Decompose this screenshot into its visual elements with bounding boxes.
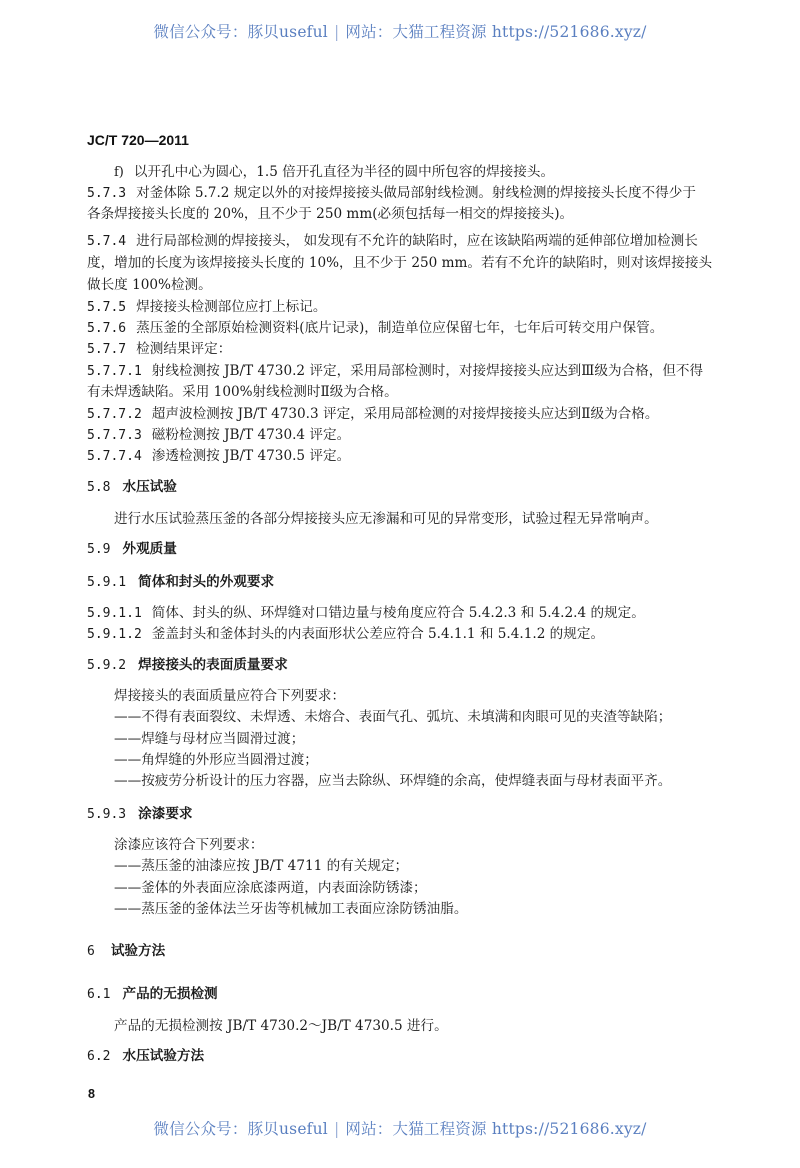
section-number: 5.9.2 [87, 656, 126, 677]
clause-number: 5.7.5 [87, 298, 126, 319]
clause-5-7-7: 5.7.7检测结果评定： [87, 339, 231, 361]
section-title: 产品的无损检测 [122, 986, 217, 1002]
clause-text: 进行局部检测的焊接接头， 如发现有不允许的缺陷时，应在该缺陷两端的延伸部位增加检… [136, 233, 698, 249]
watermark-wechat-text: 微信公众号：豚贝useful [153, 1120, 328, 1138]
watermark-separator: | [334, 1120, 339, 1138]
clause-text: 釜盖封头和釜体封头的内表面形状公差应符合 5.4.1.1 和 5.4.1.2 的… [152, 626, 604, 642]
clause-5-7-6: 5.7.6蒸压釜的全部原始检测资料(底片记录)，制造单位应保留七年，七年后可转交… [87, 318, 663, 340]
section-heading-6-2: 6.2水压试验方法 [87, 1046, 204, 1068]
clause-number: 5.7.7.2 [87, 405, 142, 426]
section-number: 5.9.3 [87, 805, 126, 826]
watermark-separator: | [334, 23, 339, 41]
clause-text: 焊接接头检测部位应打上标记。 [136, 299, 326, 315]
list-item-f: f)以开孔中心为圆心，1.5 倍开孔直径为半径的圆中所包容的焊接接头。 [114, 162, 554, 184]
section-heading-6-1: 6.1产品的无损检测 [87, 984, 218, 1006]
watermark-top: 微信公众号：豚贝useful|网站：大猫工程资源 https://521686.… [0, 20, 800, 42]
section-heading-5-9: 5.9外观质量 [87, 539, 177, 561]
list-item: ——不得有表面裂纹、未焊透、未熔合、表面气孔、弧坑、未填满和肉眼可见的夹渣等缺陷… [114, 707, 671, 728]
watermark-website-text: 网站：大猫工程资源 https://521686.xyz/ [345, 23, 646, 41]
clause-number: 5.7.7.4 [87, 447, 142, 468]
watermark-website-text: 网站：大猫工程资源 https://521686.xyz/ [345, 1120, 646, 1138]
section-title: 水压试验方法 [122, 1048, 204, 1064]
clause-5-9-1-2: 5.9.1.2釜盖封头和釜体封头的内表面形状公差应符合 5.4.1.1 和 5.… [87, 624, 604, 646]
chapter-heading-6: 6试验方法 [87, 941, 165, 963]
section-title: 焊接接头的表面质量要求 [138, 657, 288, 673]
clause-5-7-4-cont-2: 做长度 100%检测。 [87, 275, 212, 296]
section-title: 涂漆要求 [138, 806, 192, 822]
clause-text: 射线检测按 JB/T 4730.2 评定，采用局部检测时，对接焊接接头应达到Ⅲ级… [152, 363, 703, 379]
list-item: ——按疲劳分析设计的压力容器，应当去除纵、环焊缝的余高，使焊缝表面与母材表面平齐… [114, 771, 671, 792]
clause-number: 5.7.3 [87, 184, 126, 205]
chapter-number: 6 [87, 942, 95, 963]
clause-number: 5.9.1.2 [87, 625, 142, 646]
section-number: 6.2 [87, 1047, 110, 1068]
clause-5-7-7-2: 5.7.7.2超声波检测按 JB/T 4730.3 评定，采用局部检测的对接焊接… [87, 404, 658, 426]
clause-5-7-7-4: 5.7.7.4渗透检测按 JB/T 4730.5 评定。 [87, 446, 350, 468]
list-item: ——角焊缝的外形应当圆滑过渡； [114, 750, 318, 771]
clause-number: 5.7.7.3 [87, 426, 142, 447]
standard-code-header: JC/T 720—2011 [87, 132, 189, 148]
section-title: 外观质量 [122, 541, 176, 557]
clause-5-7-4-cont-1: 度，增加的长度为该焊接接头长度的 10%，且不少于 250 mm。若有不允许的缺… [87, 253, 712, 274]
section-title: 简体和封头的外观要求 [138, 574, 274, 590]
clause-text: 简体、封头的纵、环焊缝对口错边量与棱角度应符合 5.4.2.3 和 5.4.2.… [152, 605, 645, 621]
clause-5-7-7-3: 5.7.7.3磁粉检测按 JB/T 4730.4 评定。 [87, 425, 350, 447]
clause-text: 对釜体除 5.7.2 规定以外的对接焊接接头做局部射线检测。射线检测的焊接接头长… [136, 185, 696, 201]
list-item: ——蒸压釜的油漆应按 JB/T 4711 的有关规定； [114, 856, 408, 877]
section-heading-5-9-1: 5.9.1简体和封头的外观要求 [87, 572, 274, 594]
watermark-bottom: 微信公众号：豚贝useful|网站：大猫工程资源 https://521686.… [0, 1117, 800, 1139]
clause-5-7-3-cont: 各条焊接接头长度的 20%，且不少于 250 mm(必须包括每一相交的焊接接头)… [87, 204, 573, 225]
clause-text: 超声波检测按 JB/T 4730.3 评定，采用局部检测的对接焊接接头应达到Ⅱ级… [152, 406, 659, 422]
page-number: 8 [88, 1087, 95, 1101]
clause-number: 5.9.1.1 [87, 604, 142, 625]
clause-number: 5.7.7 [87, 340, 126, 361]
clause-5-7-7-1: 5.7.7.1射线检测按 JB/T 4730.2 评定，采用局部检测时，对接焊接… [87, 361, 703, 383]
section-heading-5-9-3: 5.9.3涂漆要求 [87, 804, 193, 826]
section-5-8-text: 进行水压试验蒸压釜的各部分焊接接头应无渗漏和可见的异常变形，试验过程无异常响声。 [114, 509, 658, 530]
clause-text: 磁粉检测按 JB/T 4730.4 评定。 [152, 427, 350, 443]
section-title: 水压试验 [122, 479, 176, 495]
list-item: ——蒸压釜的釜体法兰牙齿等机械加工表面应涂防锈油脂。 [114, 899, 467, 920]
list-item: ——焊缝与母材应当圆滑过渡； [114, 729, 304, 750]
section-6-1-text: 产品的无损检测按 JB/T 4730.2～JB/T 4730.5 进行。 [114, 1016, 448, 1037]
clause-number: 5.7.6 [87, 319, 126, 340]
section-5-9-3-intro: 涂漆应该符合下列要求： [114, 835, 264, 856]
section-heading-5-9-2: 5.9.2焊接接头的表面质量要求 [87, 655, 288, 677]
clause-text: 蒸压釜的全部原始检测资料(底片记录)，制造单位应保留七年，七年后可转交用户保管。 [136, 320, 663, 336]
watermark-wechat-text: 微信公众号：豚贝useful [153, 23, 328, 41]
section-number: 5.8 [87, 478, 110, 499]
clause-5-7-7-1-cont: 有未焊透缺陷。采用 100%射线检测时Ⅱ级为合格。 [87, 382, 398, 403]
clause-5-7-5: 5.7.5焊接接头检测部位应打上标记。 [87, 297, 326, 319]
section-5-9-2-intro: 焊接接头的表面质量应符合下列要求： [114, 686, 345, 707]
clause-5-9-1-1: 5.9.1.1简体、封头的纵、环焊缝对口错边量与棱角度应符合 5.4.2.3 和… [87, 603, 645, 625]
clause-text: 渗透检测按 JB/T 4730.5 评定。 [152, 448, 350, 464]
item-marker: f) [114, 163, 124, 184]
section-number: 6.1 [87, 985, 110, 1006]
list-item: ——釜体的外表面应涂底漆两道，内表面涂防锈漆； [114, 878, 427, 899]
chapter-title: 试验方法 [111, 943, 165, 959]
section-heading-5-8: 5.8水压试验 [87, 477, 177, 499]
clause-number: 5.7.4 [87, 232, 126, 253]
clause-number: 5.7.7.1 [87, 362, 142, 383]
section-number: 5.9 [87, 540, 110, 561]
clause-5-7-3: 5.7.3对釜体除 5.7.2 规定以外的对接焊接接头做局部射线检测。射线检测的… [87, 183, 696, 205]
clause-text: 检测结果评定： [136, 341, 231, 357]
clause-5-7-4: 5.7.4进行局部检测的焊接接头， 如发现有不允许的缺陷时，应在该缺陷两端的延伸… [87, 231, 698, 253]
item-text: 以开孔中心为圆心，1.5 倍开孔直径为半径的圆中所包容的焊接接头。 [134, 164, 554, 180]
section-number: 5.9.1 [87, 573, 126, 594]
